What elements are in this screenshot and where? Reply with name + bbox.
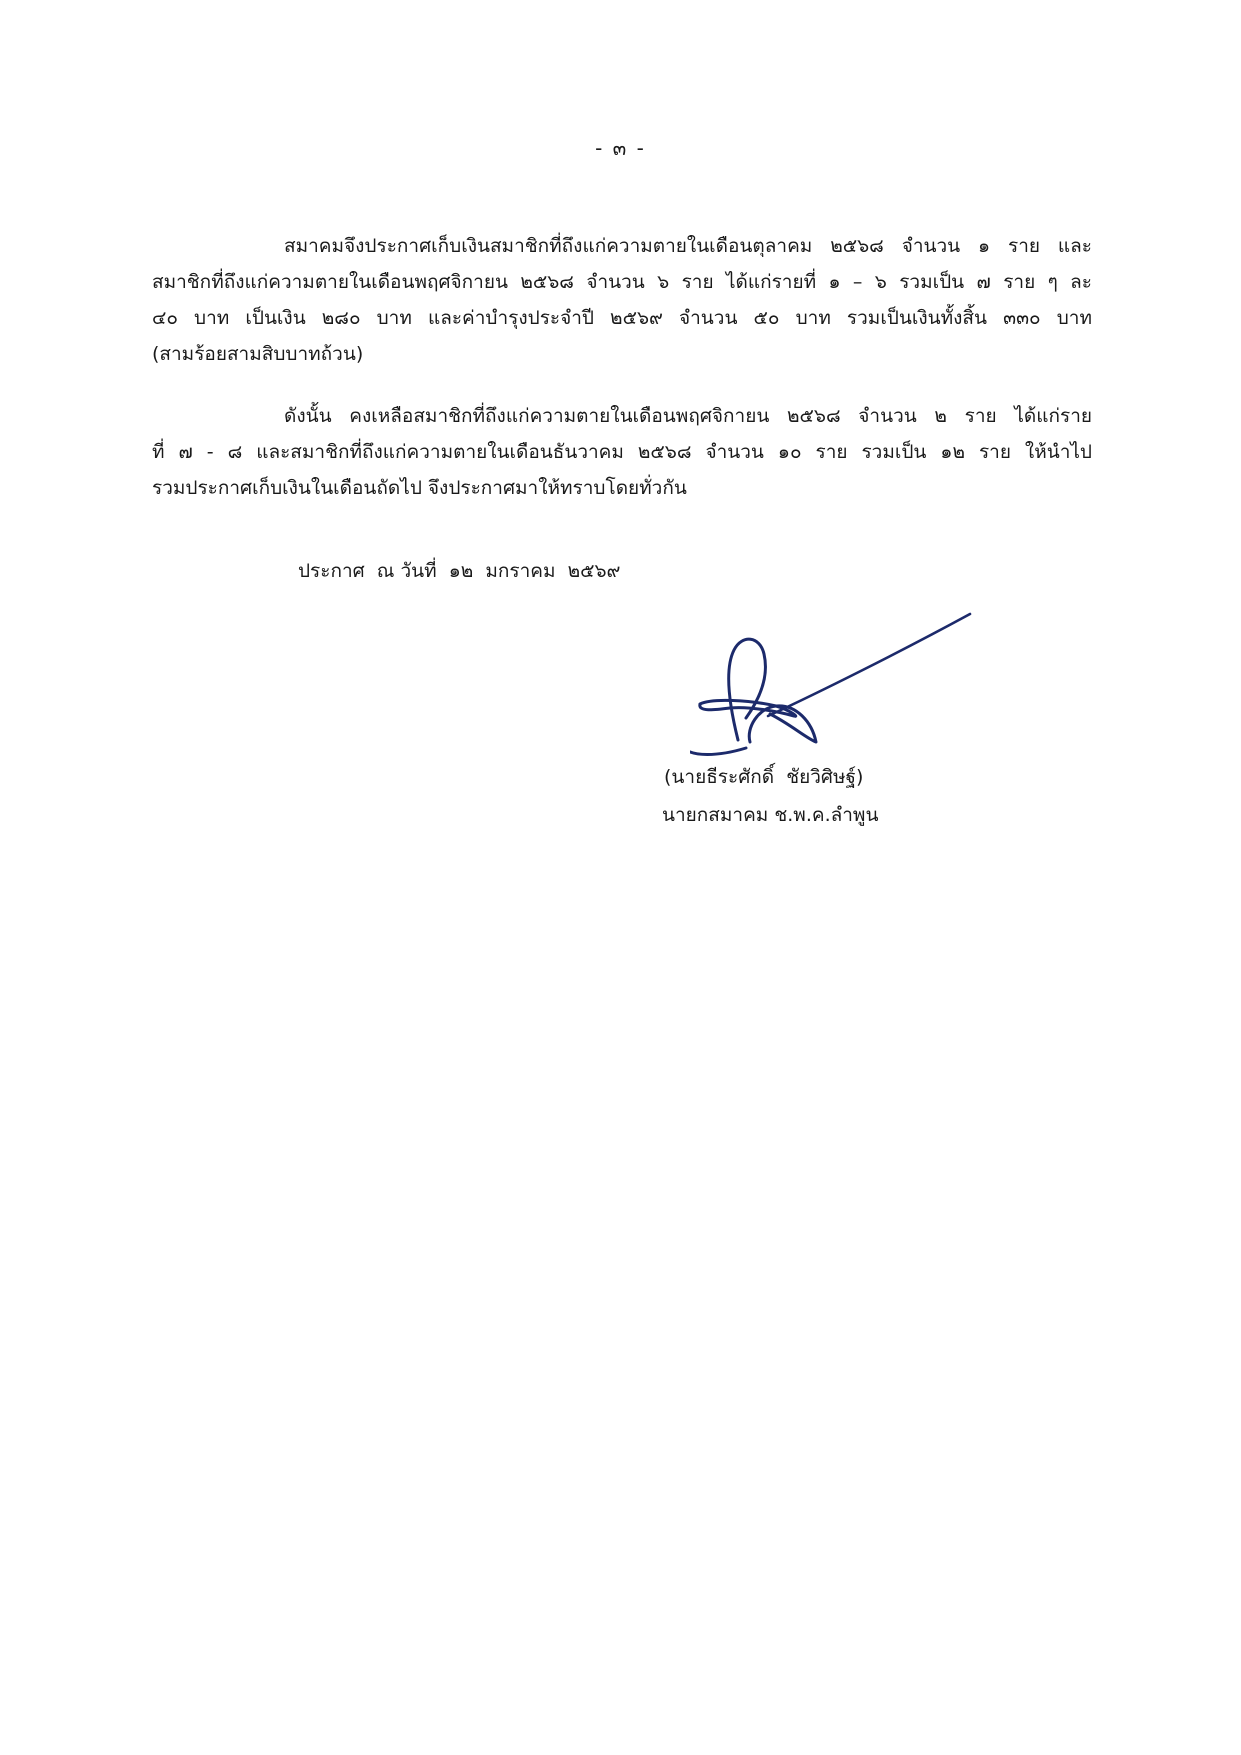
- paragraph-line: ๔๐ บาท เป็นเงิน ๒๘๐ บาท และค่าบำรุงประจำ…: [152, 300, 1092, 336]
- signer-name: (นายธีระศักดิ์ ชัยวิศิษฐ์): [664, 762, 863, 792]
- paragraph-remaining-members: ดังนั้น คงเหลือสมาชิกที่ถึงแก่ความตายในเ…: [152, 398, 1092, 506]
- announcement-date: ประกาศ ณ วันที่ ๑๒ มกราคม ๒๕๖๙: [298, 556, 620, 586]
- paragraph-line: (สามร้อยสามสิบบาทถ้วน): [152, 336, 1092, 372]
- paragraph-collection-notice: สมาคมจึงประกาศเก็บเงินสมาชิกที่ถึงแก่ควา…: [152, 228, 1092, 372]
- paragraph-line: ดังนั้น คงเหลือสมาชิกที่ถึงแก่ความตายในเ…: [152, 398, 1092, 434]
- paragraph-line: สมาคมจึงประกาศเก็บเงินสมาชิกที่ถึงแก่ควา…: [152, 228, 1092, 264]
- signature-icon: [690, 608, 990, 758]
- paragraph-line: สมาชิกที่ถึงแก่ความตายในเดือนพฤศจิกายน ๒…: [152, 264, 1092, 300]
- paragraph-line: ที่ ๗ - ๘ และสมาชิกที่ถึงแก่ความตายในเดื…: [152, 434, 1092, 470]
- paragraph-line: รวมประกาศเก็บเงินในเดือนถัดไป จึงประกาศม…: [152, 470, 1092, 506]
- page-number: - ๓ -: [0, 132, 1241, 164]
- signer-title: นายกสมาคม ช.พ.ค.ลำพูน: [662, 800, 878, 830]
